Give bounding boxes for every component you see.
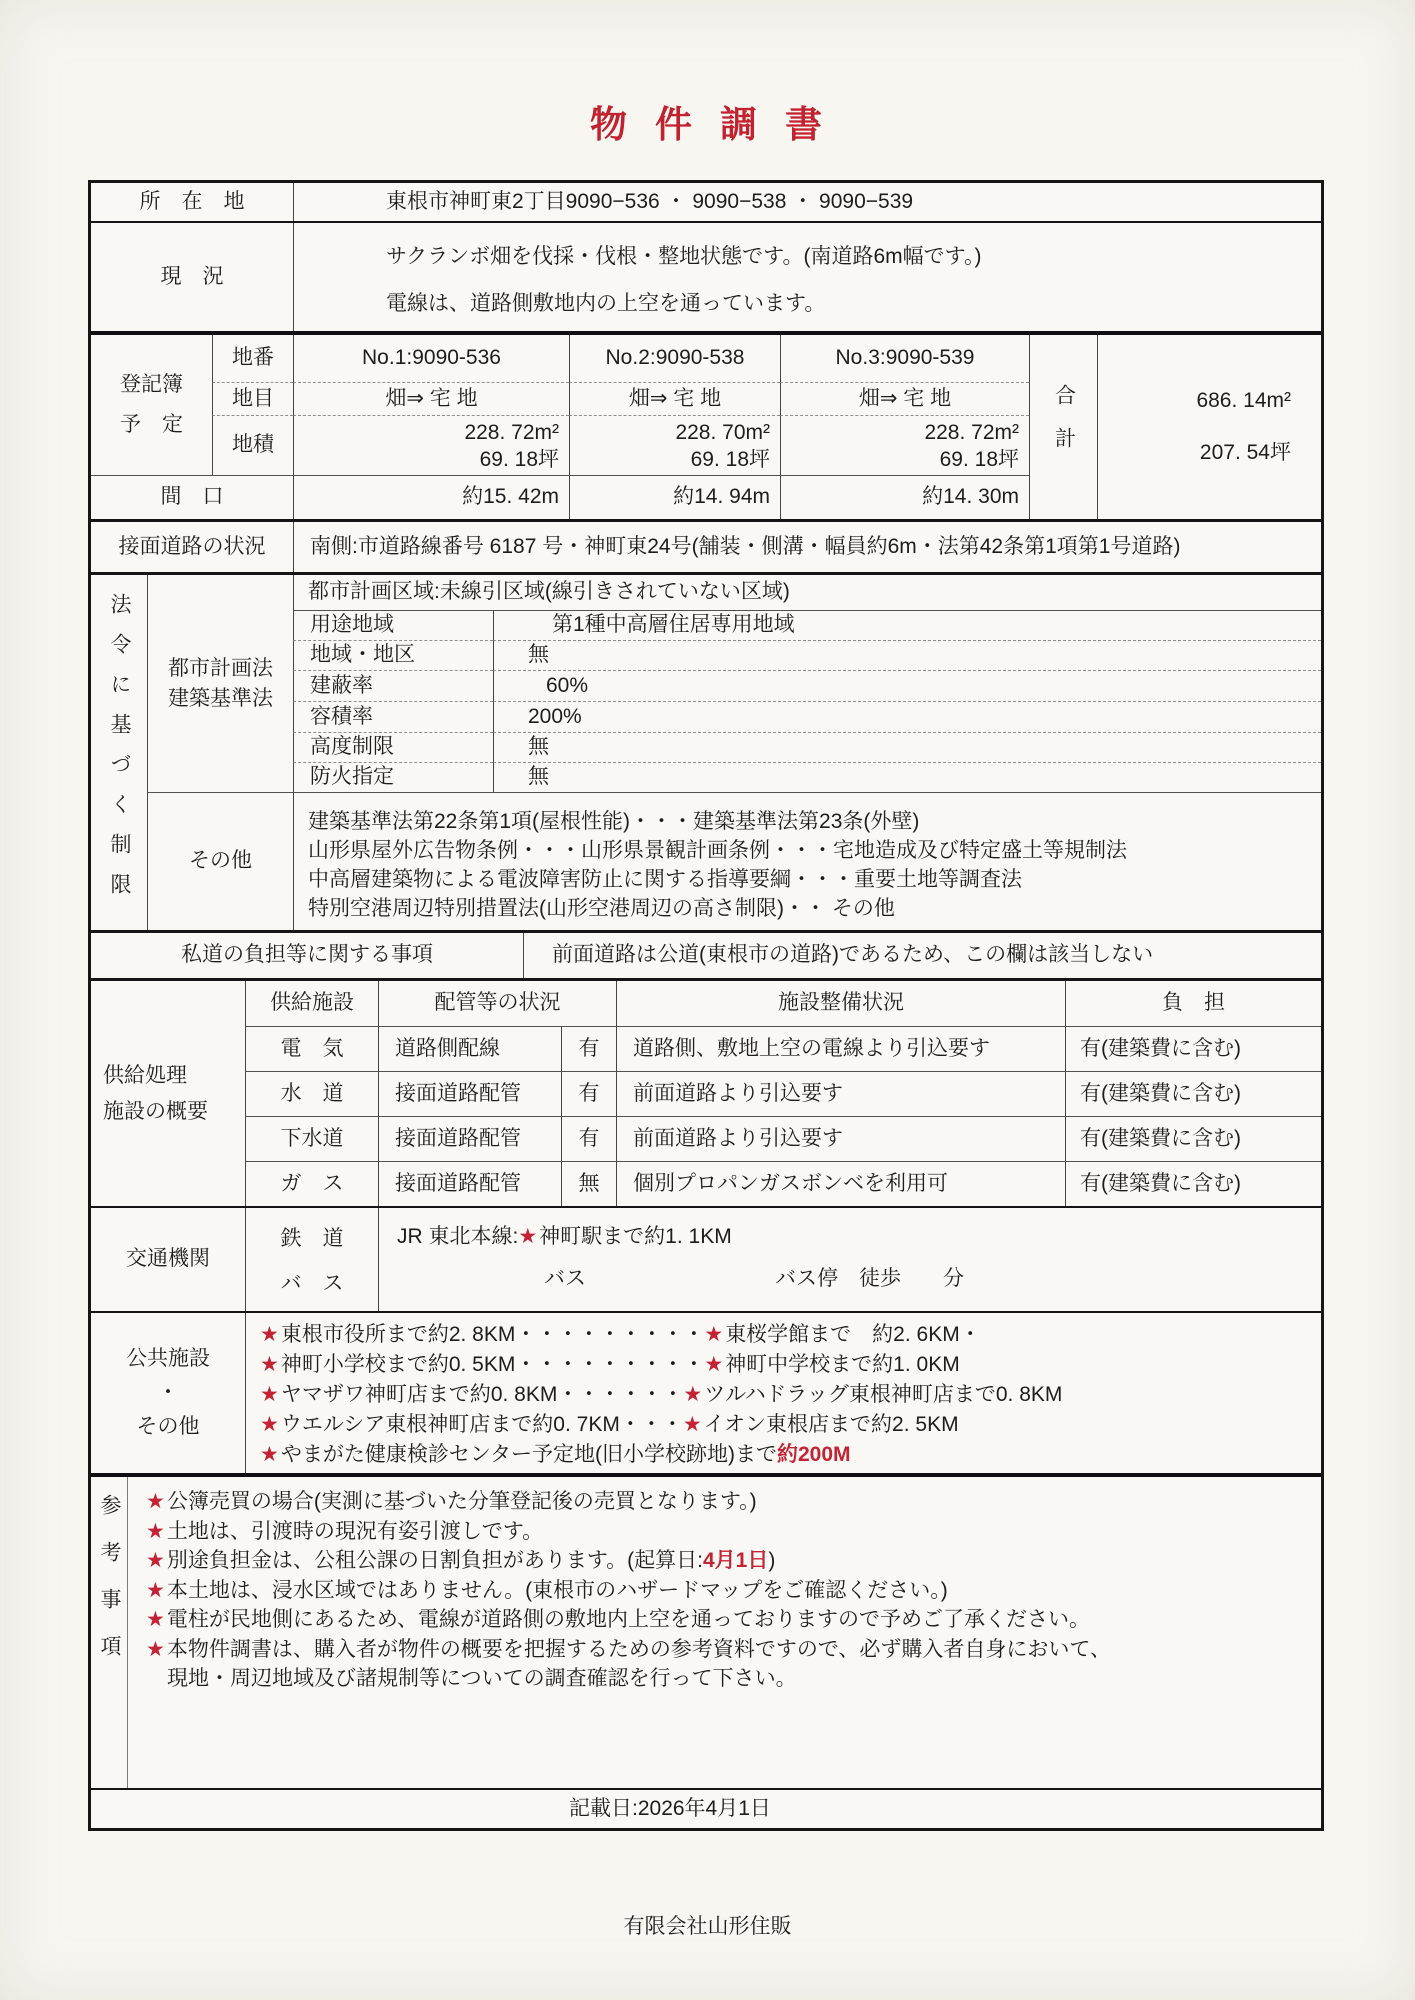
supply-header-facility: 供給施設: [245, 981, 378, 1026]
row-label-lot-no: 地番: [212, 335, 293, 382]
public-line-4: ★やまがた健康検診センター予定地(旧小学校跡地)まで約200M: [260, 1440, 1311, 1470]
page-title: 物件調書: [88, 94, 1324, 148]
bus-stop-line: バス バス停 徒歩 分: [397, 1258, 1311, 1300]
section-road: 接面道路の状況 南側:市道路線番号 6187 号・神町東24号(舗装・側溝・幅員…: [91, 519, 1321, 572]
rail-label: 鉄 道: [281, 1222, 344, 1252]
reference-line-3: ★本土地は、浸水区域ではありません。(東根市のハザードマップをご確認ください。): [146, 1576, 1309, 1606]
star-icon: ★: [146, 1520, 167, 1543]
star-icon: ★: [146, 1549, 167, 1572]
star-icon: ★: [260, 1353, 281, 1376]
status-line-1: サクランボ畑を伐採・伐根・整地状態です。(南道路6m幅です。): [386, 233, 1311, 280]
lot2-no: No.2:9090-538: [569, 335, 780, 382]
reference-label: 参考事項: [91, 1477, 127, 1788]
public-line-2: ★ヤマザワ神町店まで約0. 8KM・・・・・・★ツルハドラッグ東根神町店まで0.…: [260, 1380, 1311, 1410]
reference-line-5: ★本物件調書は、購入者が物件の概要を把握するための参考資料ですので、必ず購入者自…: [146, 1635, 1309, 1665]
legal-other-label: その他: [147, 792, 293, 930]
road-label: 接面道路の状況: [91, 522, 293, 572]
supply-row-facility: 電 気: [245, 1026, 378, 1071]
road-value: 南側:市道路線番号 6187 号・神町東24号(舗装・側溝・幅員約6m・法第42…: [293, 522, 1321, 572]
legal-item-label-2: 建蔽率: [293, 670, 493, 701]
supply-row-presence: 有: [561, 1026, 616, 1071]
lot1-no: No.1:9090-536: [293, 335, 569, 382]
supply-header-piping: 配管等の状況: [378, 981, 616, 1026]
supply-row-status: 道路側、敷地上空の電線より引込要す: [616, 1026, 1065, 1071]
legal-item-label-4: 高度制限: [293, 732, 493, 762]
legal-item-value-0: 第1種中高層住居専用地域: [493, 610, 1321, 640]
transport-mode-labels: 鉄 道 バ ス: [245, 1208, 378, 1311]
registry-total-tsubo: 207. 54坪: [1098, 427, 1291, 479]
supply-row-burden: 有(建築費に含む): [1065, 1026, 1321, 1071]
supply-row-facility: ガ ス: [245, 1161, 378, 1206]
legal-inner-label: 都市計画法建築基準法: [147, 575, 293, 792]
record-date: 記載日:2026年4月1日: [91, 1790, 1321, 1828]
star-icon: ★: [518, 1225, 539, 1248]
star-icon: ★: [260, 1413, 281, 1436]
reference-line-1: ★土地は、引渡時の現況有姿引渡しです。: [146, 1517, 1309, 1547]
section-current-status: 現 況 サクランボ畑を伐採・伐根・整地状態です。(南道路6m幅です。) 電線は、…: [91, 221, 1321, 331]
supply-header-burden: 負 担: [1065, 981, 1321, 1026]
star-icon: ★: [260, 1383, 281, 1406]
legal-item-label-1: 地域・地区: [293, 640, 493, 670]
lot2-area-tsubo: 69. 18坪: [570, 446, 770, 473]
public-line-3: ★ウエルシア東根神町店まで約0. 7KM・・・★イオン東根店まで約2. 5KM: [260, 1410, 1311, 1440]
legal-other-line-0: 建築基準法第22条第1項(屋根性能)・・・建築基準法第23条(外壁): [308, 807, 1311, 836]
reference-line-6: 現地・周辺地域及び諸規制等についての調査確認を行って下さい。: [146, 1664, 1309, 1694]
lot3-area: 228. 72m² 69. 18坪: [780, 415, 1029, 475]
star-icon: ★: [683, 1383, 704, 1406]
supply-row-status: 個別プロパンガスボンベを利用可: [616, 1161, 1065, 1206]
lot1-area-tsubo: 69. 18坪: [294, 446, 559, 473]
supply-row-piping: 接面道路配管: [378, 1071, 561, 1116]
section-public-facilities: 公共施設 ・ その他 ★東根市役所まで約2. 8KM・・・・・・・・・★東桜学館…: [91, 1311, 1321, 1473]
lot1-area-m2: 228. 72m²: [294, 419, 559, 446]
supply-header-status: 施設整備状況: [616, 981, 1065, 1026]
scanned-property-report-page: 物件調書 所 在 地 東根市神町東2丁目9090−536 ・ 9090−538 …: [0, 0, 1415, 2000]
section-date: 記載日:2026年4月1日: [91, 1788, 1321, 1828]
reference-line-0: ★公簿売買の場合(実測に基づいた分筆登記後の売買となります。): [146, 1487, 1309, 1517]
supply-row-status: 前面道路より引込要す: [616, 1071, 1065, 1116]
row-label-area: 地積: [212, 415, 293, 475]
registry-total: 686. 14m² 207. 54坪: [1097, 335, 1321, 519]
supply-row-presence: 有: [561, 1071, 616, 1116]
legal-item-value-3: 200%: [493, 701, 1321, 732]
bus-label: バ ス: [281, 1267, 344, 1297]
star-icon: ★: [146, 1579, 167, 1602]
legal-other-line-3: 特別空港周辺特別措置法(山形空港周辺の高さ制限)・・ その他: [308, 894, 1311, 923]
supply-row-piping: 道路側配線: [378, 1026, 561, 1071]
lot2-frontage: 約14. 94m: [569, 475, 780, 519]
reference-line-4: ★電柱が民地側にあるため、電線が道路側の敷地内上空を通っておりますので予めご了承…: [146, 1605, 1309, 1635]
legal-item-label-5: 防火指定: [293, 762, 493, 792]
section-location: 所 在 地 東根市神町東2丁目9090−536 ・ 9090−538 ・ 909…: [91, 183, 1321, 221]
legal-item-value-4: 無: [493, 732, 1321, 762]
rail-distance-line: JR 東北本線:★神町駅まで約1. 1KM: [397, 1216, 1311, 1258]
legal-item-value-2: 60%: [493, 670, 1321, 701]
supply-row-status: 前面道路より引込要す: [616, 1116, 1065, 1161]
lot3-frontage: 約14. 30m: [780, 475, 1029, 519]
lot3-no: No.3:9090-539: [780, 335, 1029, 382]
star-icon: ★: [260, 1443, 281, 1466]
supply-row-presence: 有: [561, 1116, 616, 1161]
lot3-area-tsubo: 69. 18坪: [781, 446, 1019, 473]
star-icon: ★: [146, 1490, 167, 1513]
legal-zone: 都市計画区域:未線引区域(線引きされていない区域): [293, 575, 1321, 610]
lot2-area-m2: 228. 70m²: [570, 419, 770, 446]
lot1-frontage: 約15. 42m: [293, 475, 569, 519]
private-road-value: 前面道路は公道(東根市の道路)であるため、この欄は該当しない: [523, 933, 1321, 978]
status-line-2: 電線は、道路側敷地内の上空を通っています。: [386, 280, 1311, 327]
public-lines: ★東根市役所まで約2. 8KM・・・・・・・・・★東桜学館まで 約2. 6KM・…: [245, 1313, 1321, 1473]
legal-item-value-1: 無: [493, 640, 1321, 670]
location-label: 所 在 地: [91, 183, 293, 221]
location-value: 東根市神町東2丁目9090−536 ・ 9090−538 ・ 9090−539: [293, 183, 1321, 221]
lot2-area: 228. 70m² 69. 18坪: [569, 415, 780, 475]
lot2-category: 畑⇒ 宅 地: [569, 382, 780, 415]
legal-other-line-1: 山形県屋外広告物条例・・・山形県景観計画条例・・・宅地造成及び特定盛土等規制法: [308, 836, 1311, 865]
registry-total-label: 合計: [1029, 335, 1097, 519]
lot3-area-m2: 228. 72m²: [781, 419, 1019, 446]
private-road-label: 私道の負担等に関する事項: [91, 933, 523, 978]
star-icon: ★: [704, 1323, 725, 1346]
lot1-category: 畑⇒ 宅 地: [293, 382, 569, 415]
transport-label: 交通機関: [91, 1208, 245, 1311]
section-private-road: 私道の負担等に関する事項 前面道路は公道(東根市の道路)であるため、この欄は該当…: [91, 930, 1321, 978]
supply-outer-label: 供給処理施設の概要: [91, 981, 245, 1206]
section-supply: 供給処理施設の概要 供給施設 配管等の状況 施設整備状況 負 担 電 気 道路側…: [91, 978, 1321, 1206]
supply-row-piping: 接面道路配管: [378, 1116, 561, 1161]
status-value: サクランボ畑を伐採・伐根・整地状態です。(南道路6m幅です。) 電線は、道路側敷…: [293, 223, 1321, 331]
legal-item-label-0: 用途地域: [293, 610, 493, 640]
row-label-frontage: 間 口: [91, 475, 293, 519]
supply-row-piping: 接面道路配管: [378, 1161, 561, 1206]
section-registry: 登記簿予 定 地番 No.1:9090-536 No.2:9090-538 No…: [91, 331, 1321, 519]
registry-total-m2: 686. 14m²: [1098, 375, 1291, 427]
property-report-table: 所 在 地 東根市神町東2丁目9090−536 ・ 9090−538 ・ 909…: [88, 180, 1324, 1831]
reference-lines: ★公簿売買の場合(実測に基づいた分筆登記後の売買となります。) ★土地は、引渡時…: [127, 1477, 1321, 1788]
star-icon: ★: [146, 1608, 167, 1631]
supply-row-burden: 有(建築費に含む): [1065, 1161, 1321, 1206]
company-name: 有限会社山形住販: [0, 1910, 1415, 1940]
legal-other-line-2: 中高層建築物による電波障害防止に関する指導要綱・・・重要土地等調査法: [308, 865, 1311, 894]
supply-row-facility: 下水道: [245, 1116, 378, 1161]
legal-other-text: 建築基準法第22条第1項(屋根性能)・・・建築基準法第23条(外壁) 山形県屋外…: [293, 792, 1321, 930]
public-label: 公共施設 ・ その他: [91, 1313, 245, 1473]
status-label: 現 況: [91, 223, 293, 331]
transport-values: JR 東北本線:★神町駅まで約1. 1KM バス バス停 徒歩 分: [378, 1208, 1321, 1311]
reference-line-2: ★別途負担金は、公租公課の日割負担があります。(起算日:4月1日): [146, 1546, 1309, 1576]
star-icon: ★: [260, 1323, 281, 1346]
section-legal: 法令に基づく制限 都市計画法建築基準法 都市計画区域:未線引区域(線引きされてい…: [91, 572, 1321, 930]
supply-row-facility: 水 道: [245, 1071, 378, 1116]
legal-item-value-5: 無: [493, 762, 1321, 792]
legal-outer-label: 法令に基づく制限: [91, 575, 147, 930]
star-icon: ★: [683, 1413, 704, 1436]
star-icon: ★: [704, 1353, 725, 1376]
section-reference-notes: 参考事項 ★公簿売買の場合(実測に基づいた分筆登記後の売買となります。) ★土地…: [91, 1473, 1321, 1788]
public-line-1: ★神町小学校まで約0. 5KM・・・・・・・・・★神町中学校まで約1. 0KM: [260, 1350, 1311, 1380]
legal-item-label-3: 容積率: [293, 701, 493, 732]
star-icon: ★: [146, 1638, 167, 1661]
lot1-area: 228. 72m² 69. 18坪: [293, 415, 569, 475]
supply-row-presence: 無: [561, 1161, 616, 1206]
registry-label: 登記簿予 定: [91, 335, 212, 475]
public-line-0: ★東根市役所まで約2. 8KM・・・・・・・・・★東桜学館まで 約2. 6KM・: [260, 1320, 1311, 1350]
section-transport: 交通機関 鉄 道 バ ス JR 東北本線:★神町駅まで約1. 1KM バス バス…: [91, 1206, 1321, 1311]
lot3-category: 畑⇒ 宅 地: [780, 382, 1029, 415]
supply-row-burden: 有(建築費に含む): [1065, 1116, 1321, 1161]
row-label-category: 地目: [212, 382, 293, 415]
supply-row-burden: 有(建築費に含む): [1065, 1071, 1321, 1116]
